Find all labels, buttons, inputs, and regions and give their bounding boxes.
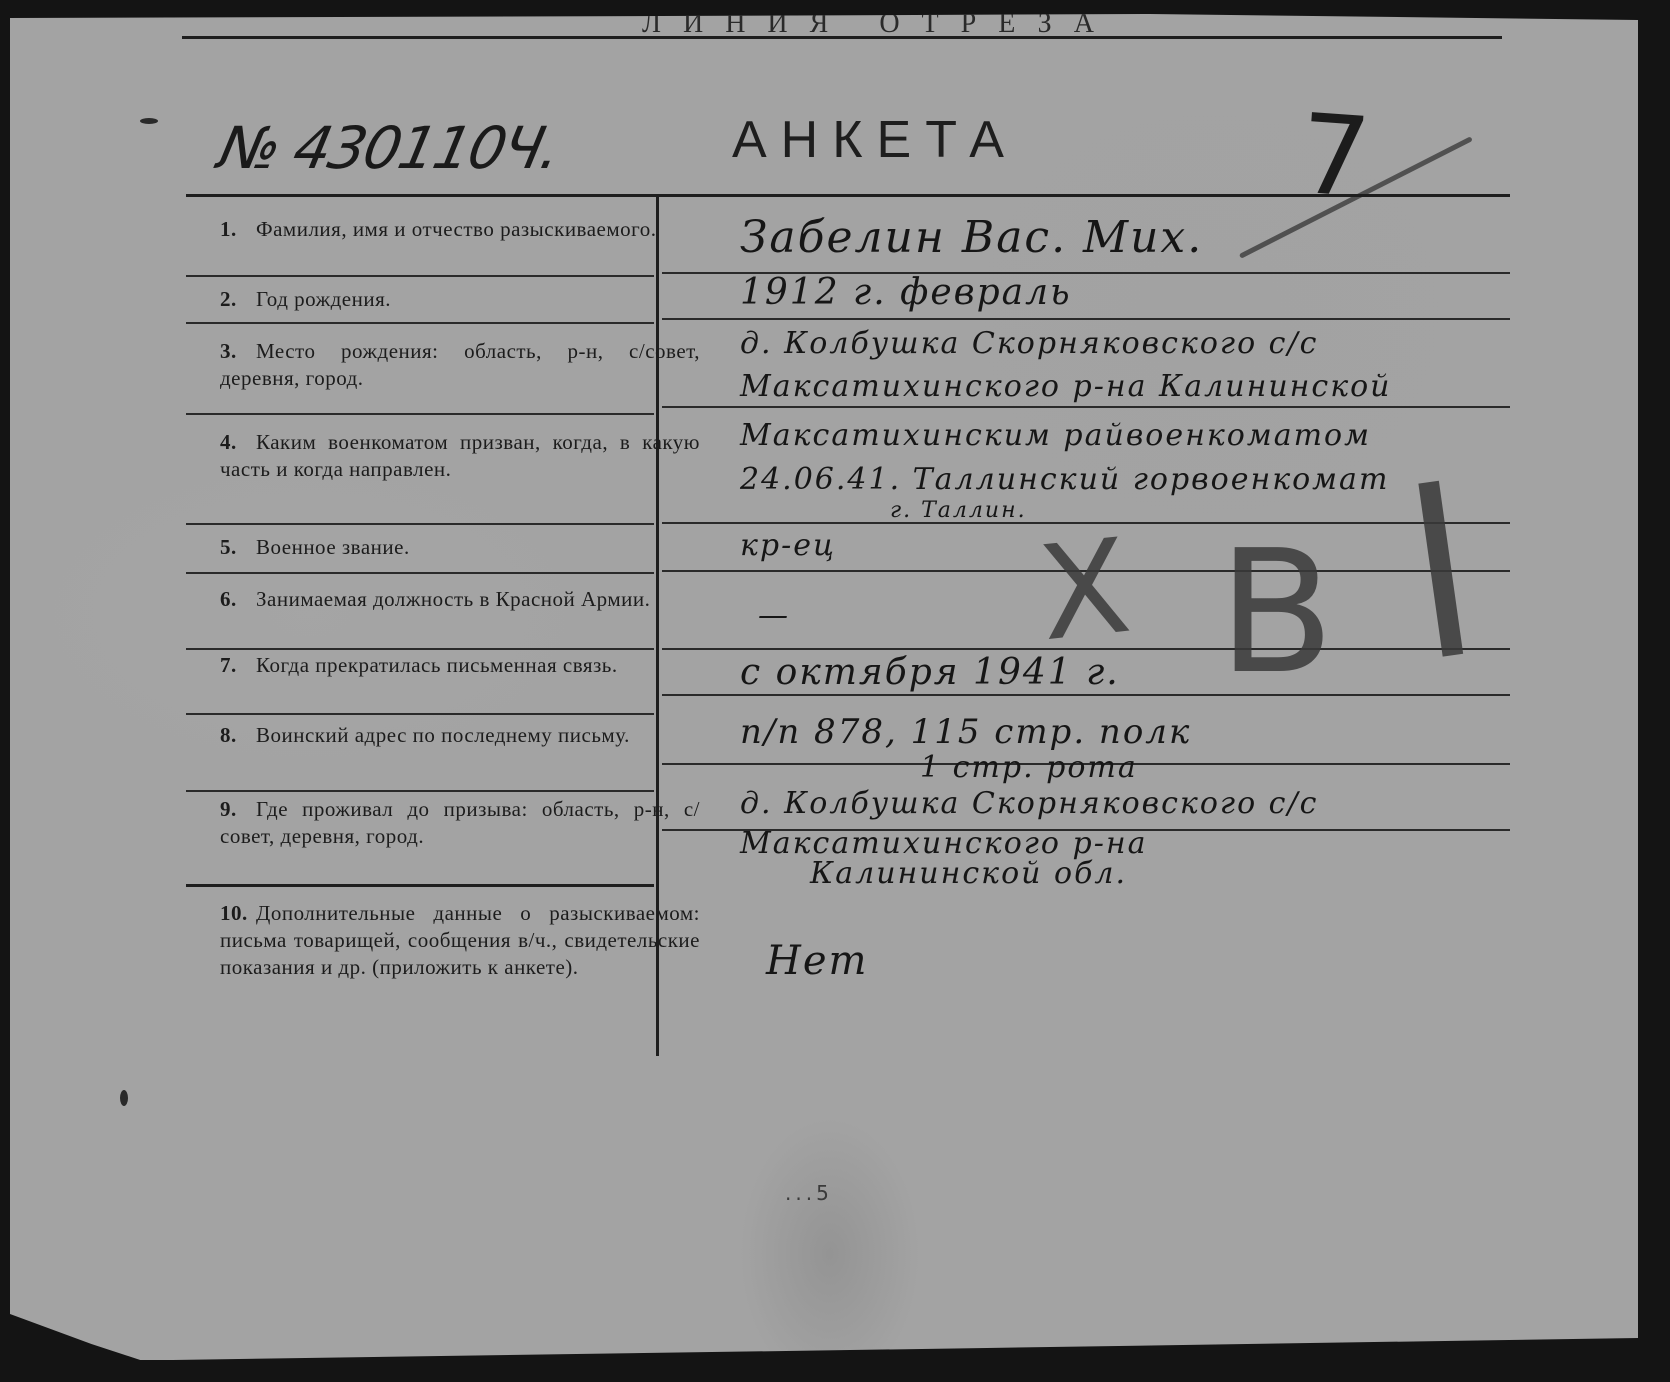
- table-top-border: [186, 194, 1510, 197]
- cut-line: [182, 36, 1502, 39]
- field-label-last-contact: 7.Когда прекратилась письменная связь.: [220, 652, 700, 679]
- field-answer-position: —: [758, 598, 790, 633]
- field-answer-military-address-line1: п/п 878, 115 стр. полк: [740, 712, 1191, 752]
- field-answer-additional-info: Нет: [766, 938, 868, 984]
- field-label-additional-info: 10.Дополнительные данные о разыскиваемом…: [220, 900, 700, 981]
- field-label-military-address: 8.Воинский адрес по последнему письму.: [220, 722, 700, 749]
- row-divider: [186, 884, 654, 887]
- row-divider: [186, 648, 654, 650]
- row-divider: [186, 413, 654, 415]
- field-answer-birth-year: 1912 г. февраль: [740, 272, 1072, 313]
- pencil-mark-l: l: [1392, 441, 1492, 714]
- answer-rule: [662, 318, 1510, 320]
- row-divider: [186, 713, 654, 715]
- field-label-birth-year: 2.Год рождения.: [220, 286, 700, 313]
- field-answer-enlistment-line1: Максатихинским райвоенкоматом: [740, 418, 1371, 453]
- row-divider: [186, 790, 654, 792]
- field-answer-residence-line1: д. Колбушка Скорняковского с/с: [740, 786, 1318, 821]
- answer-rule: [662, 406, 1510, 408]
- handwritten-corner-mark: 7: [1296, 90, 1375, 223]
- field-label-enlistment: 4.Каким военкоматом призван, когда, в ка…: [220, 429, 700, 483]
- field-answer-birthplace-line2: Максатихинского р-на Калининской: [740, 369, 1392, 404]
- row-divider: [186, 523, 654, 525]
- document-title: АНКЕТА: [732, 110, 1018, 170]
- cut-line-label: ЛИНИЯ ОТРЕЗА: [642, 10, 1182, 38]
- field-answer-enlistment-line2: 24.06.41. Таллинский горвоенкомат: [740, 462, 1389, 497]
- pencil-mark-v: В: [1218, 514, 1335, 712]
- field-label-military-rank: 5.Военное звание.: [220, 534, 700, 561]
- tear-mark: [120, 1090, 128, 1106]
- field-answer-enlistment-line3: г. Таллин.: [890, 498, 1027, 523]
- field-label-position: 6.Занимаемая должность в Красной Армии.: [220, 586, 700, 613]
- row-divider: [186, 572, 654, 574]
- field-answer-birthplace-line1: д. Колбушка Скорняковского с/с: [740, 326, 1318, 361]
- tear-mark: [140, 118, 158, 124]
- field-label-residence: 9.Где проживал до призыва: область, р-н,…: [220, 796, 700, 850]
- field-answer-military-address-line2: 1 стр. рота: [920, 750, 1138, 785]
- field-answer-full-name: Забелин Вас. Мих.: [740, 212, 1203, 263]
- field-answer-residence-line3: Калининской обл.: [810, 856, 1127, 891]
- questionnaire-sheet: ЛИНИЯ ОТРЕЗА № 430110Ч. АНКЕТА 7 1.Фамил…: [10, 14, 1638, 1360]
- faint-stamp-mark: ...5: [785, 1181, 833, 1205]
- answer-rule: [662, 694, 1510, 696]
- row-divider: [186, 322, 654, 324]
- field-label-birthplace: 3.Место рождения: область, р-н, с/совет,…: [220, 338, 700, 392]
- document-number: № 430110Ч.: [213, 114, 566, 182]
- field-label-full-name: 1.Фамилия, имя и отчество разыскиваемого…: [220, 216, 700, 243]
- pencil-mark-x: Х: [1032, 510, 1136, 670]
- field-answer-military-rank: кр-ец: [740, 528, 836, 563]
- row-divider: [186, 275, 654, 277]
